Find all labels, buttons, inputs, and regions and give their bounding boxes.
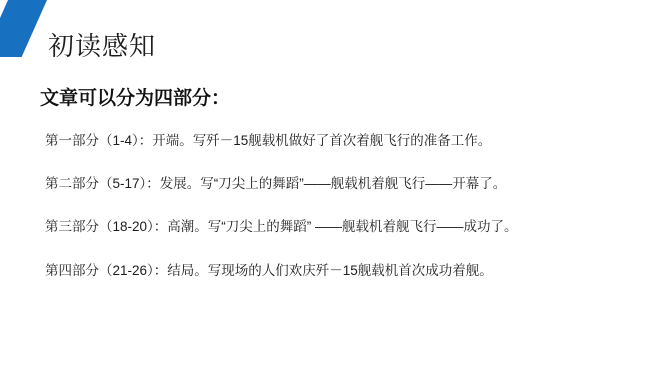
part-one-line: 第一部分（1-4）：开端。写歼－15舰载机做好了首次着舰飞行的准备工作。 — [45, 132, 491, 149]
presentation-slide: 初读感知 文章可以分为四部分： 第一部分（1-4）：开端。写歼－15舰载机做好了… — [0, 0, 668, 376]
accent-parallelogram-shape — [0, 0, 47, 57]
part-three-line: 第三部分（18-20）：高潮。写“刀尖上的舞蹈” ——舰载机着舰飞行——成功了。 — [45, 218, 518, 235]
slide-title: 初读感知 — [48, 26, 156, 63]
part-two-line: 第二部分（5-17）：发展。写“刀尖上的舞蹈”——舰载机着舰飞行——开幕了。 — [45, 175, 506, 192]
section-heading: 文章可以分为四部分： — [40, 83, 230, 110]
part-four-line: 第四部分（21-26）：结局。写现场的人们欢庆歼－15舰载机首次成功着舰。 — [45, 262, 493, 279]
